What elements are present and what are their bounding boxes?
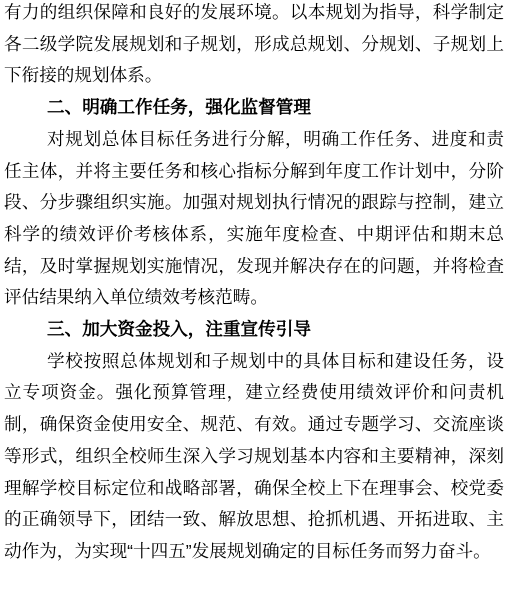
paragraph-section-3-body: 学校按照总体规划和子规划中的具体目标和建设任务，设立专项资金。强化预算管理，建立…	[4, 346, 504, 568]
paragraph-section-2-body: 对规划总体目标任务进行分解，明确工作任务、进度和责任主体，并将主要任务和核心指标…	[4, 124, 504, 314]
document-page: 有力的组织保障和良好的发展环境。以本规划为指导，科学制定各二级学院发展规划和子规…	[0, 0, 508, 600]
paragraph-continuation: 有力的组织保障和良好的发展环境。以本规划为指导，科学制定各二级学院发展规划和子规…	[4, 0, 504, 92]
section-heading-2: 二、明确工作任务，强化监督管理	[4, 92, 504, 124]
section-heading-3: 三、加大资金投入，注重宣传引导	[4, 314, 504, 346]
